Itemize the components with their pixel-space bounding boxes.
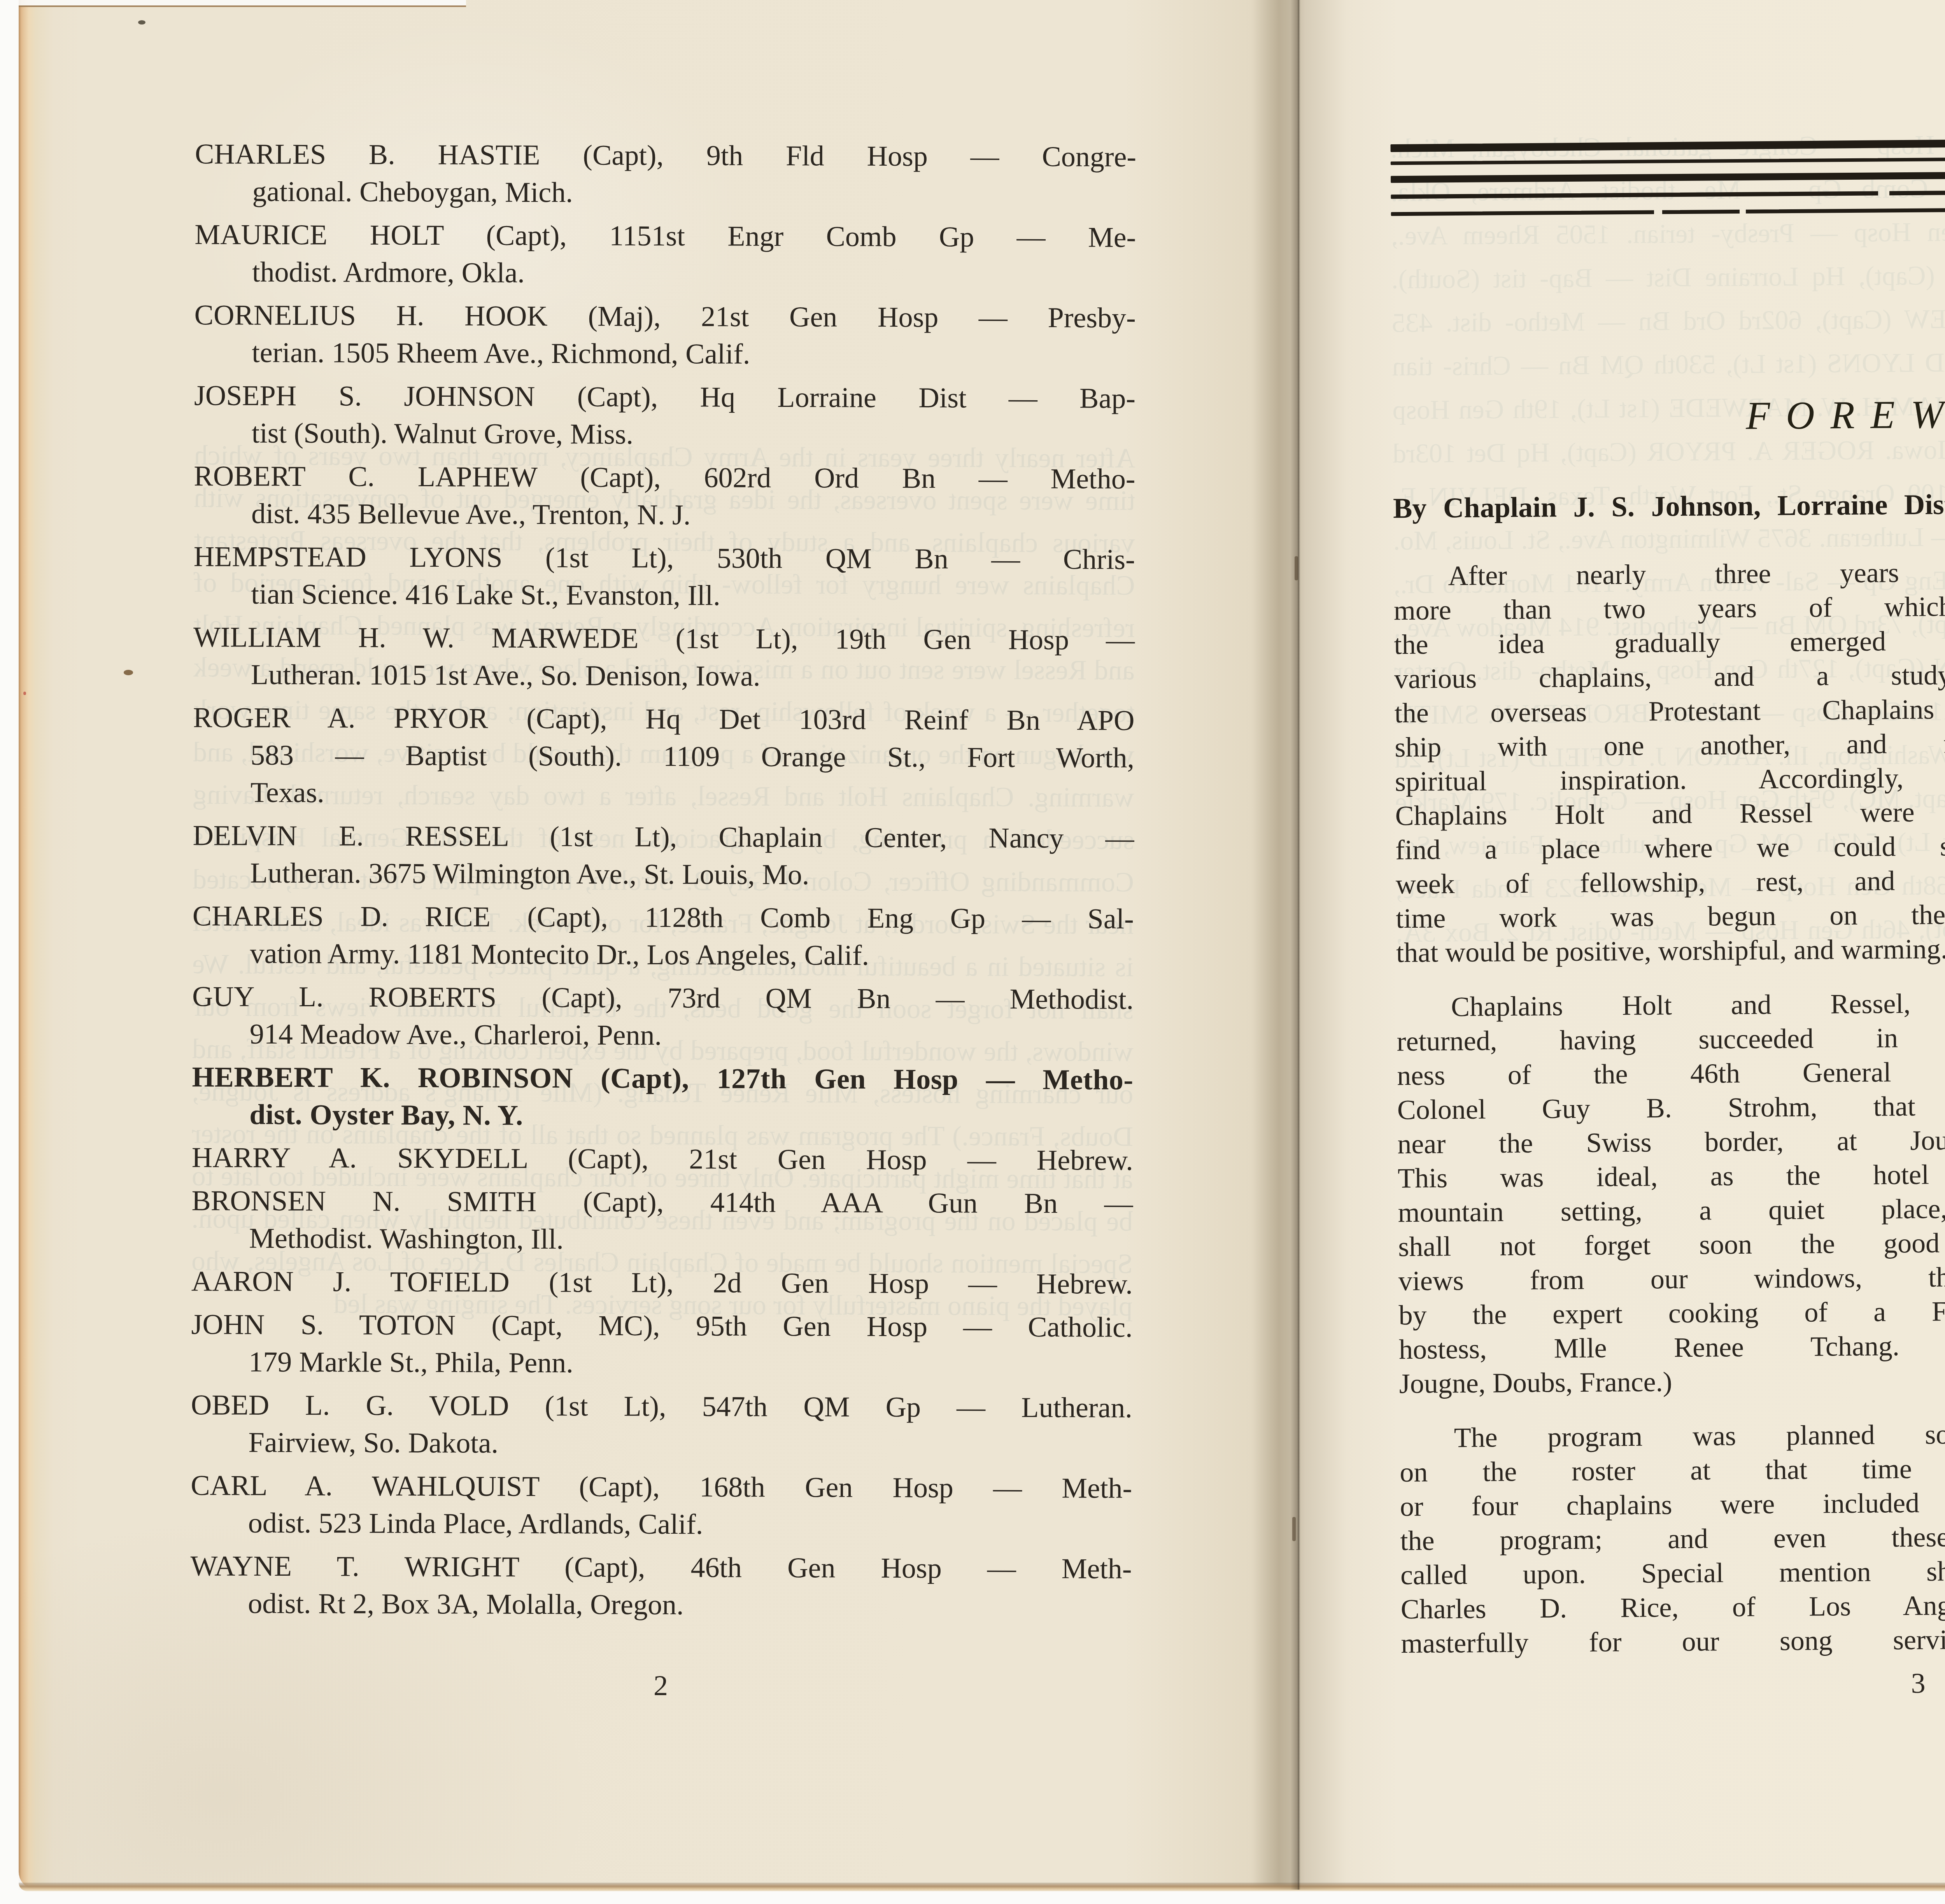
foreword-body: After nearly three years in the Army Cha… bbox=[1393, 552, 1945, 1681]
ink-speck bbox=[23, 692, 26, 695]
rule-line bbox=[1391, 169, 1945, 183]
rule-line bbox=[1391, 205, 1945, 216]
foreword-line: The program was planned so that all of t… bbox=[1399, 1414, 1945, 1456]
rule-line bbox=[1391, 154, 1945, 165]
rule-line bbox=[1390, 136, 1945, 152]
foreword-line: After nearly three years in the Army Cha… bbox=[1393, 552, 1945, 594]
paragraph: After nearly three years in the Army Cha… bbox=[1393, 552, 1945, 970]
rule-line bbox=[1391, 187, 1945, 199]
foreword-byline: By Chaplain J. S. Johnson, Lorraine Dist… bbox=[1393, 485, 1945, 525]
paragraph: Chaplains Holt and Ressel, after a two d… bbox=[1397, 983, 1945, 1401]
paragraph: The program was planned so that all of t… bbox=[1399, 1414, 1945, 1661]
foreword-title: FOREWORD bbox=[1392, 389, 1945, 441]
ink-speck bbox=[124, 670, 133, 675]
decorative-rules bbox=[1390, 137, 1945, 216]
foreword-line: Chaplains Holt and Ressel, after a two d… bbox=[1397, 983, 1945, 1025]
page-right: CHARLES B. HASTIE (Capt), 9th Fld Hosp —… bbox=[0, 0, 1945, 1903]
ink-speck bbox=[138, 20, 145, 25]
